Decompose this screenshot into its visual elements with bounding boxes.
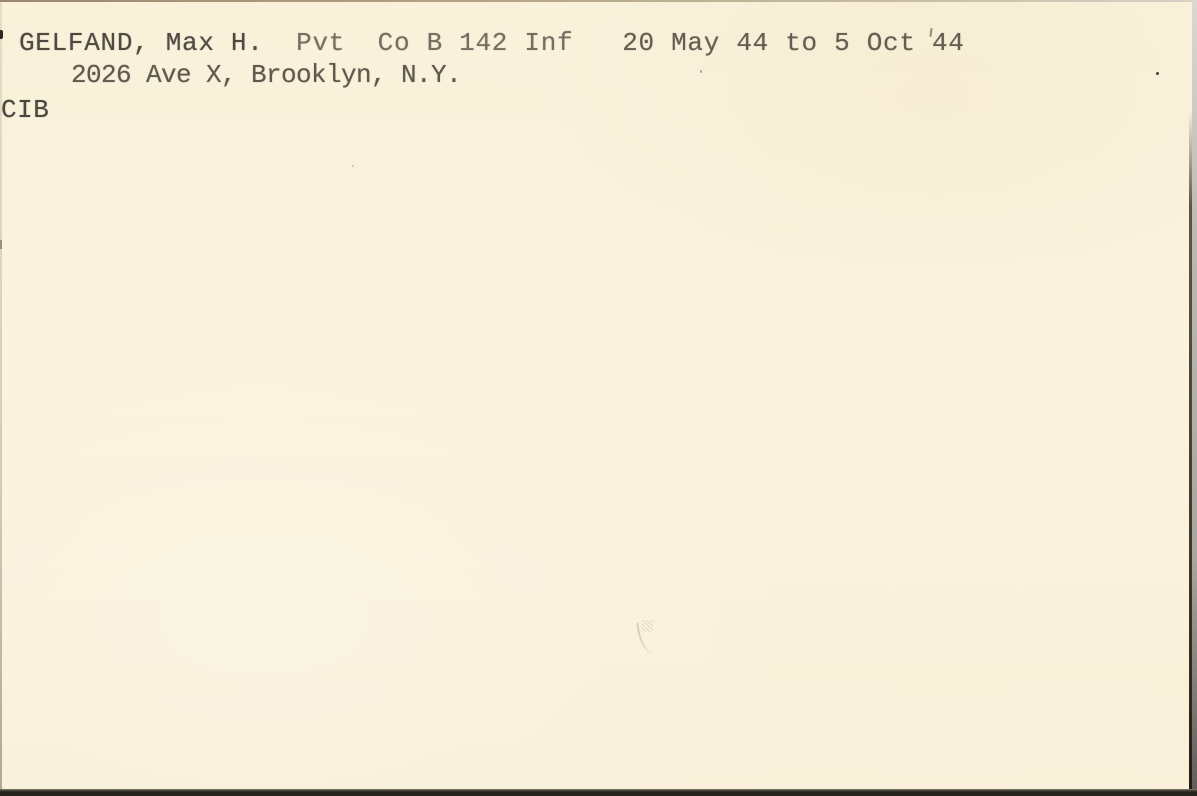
scan-right-strip <box>1192 0 1197 796</box>
index-card: GELFAND, Max H. Pvt Co B 142 Inf 20 May … <box>0 0 1197 796</box>
paper-speck <box>700 70 702 73</box>
service-record-line: GELFAND, Max H. Pvt Co B 142 Inf 20 May … <box>19 30 965 56</box>
scan-top-edge <box>0 0 1197 2</box>
scan-bottom-edge <box>0 789 1197 796</box>
address-line: 2026 Ave X, Brooklyn, N.Y. <box>71 62 461 88</box>
soldier-name: GELFAND, Max H. <box>19 28 264 58</box>
scan-left-notch <box>0 30 3 39</box>
crease-mark <box>641 620 653 632</box>
rank-and-unit: Pvt Co B 142 Inf <box>264 28 623 58</box>
paper-speck <box>352 165 354 167</box>
paper-speck <box>1156 72 1159 75</box>
award-abbreviation: CIB <box>1 97 49 123</box>
service-dates: 20 May 44 to 5 Oct 44 <box>622 28 964 58</box>
scan-left-dash <box>0 240 2 249</box>
scan-right-edge <box>1189 110 1192 796</box>
